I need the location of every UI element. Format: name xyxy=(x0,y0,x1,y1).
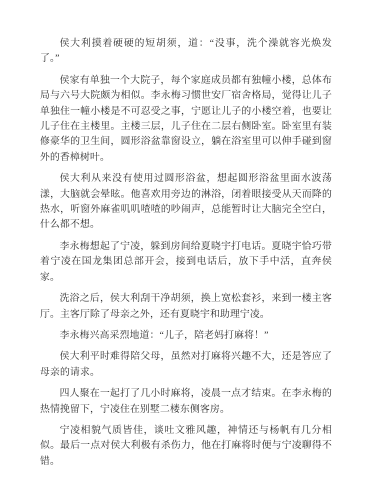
paragraph: 侯大利从来没有使用过圆形浴盆，想起圆形浴盆里面水波荡漾，大脑就会晕眩。他喜欢用旁… xyxy=(40,171,332,233)
paragraph: 洗浴之后，侯大利刮干净胡须，换上宽松套衫，来到一楼主客厅。主客厅除了母亲之外，还… xyxy=(40,291,332,322)
paragraph: 四人聚在一起打了几小时麻将，凌晨一点才结束。在李永梅的热情挽留下，宁凌住在别墅二… xyxy=(40,386,332,417)
paragraph: 侯家有单独一个大院子，每个家庭成员都有独幢小楼，总体布局与六号大院颇为相似。李永… xyxy=(40,73,332,165)
reader-page: 侯大利摸着硬硬的短胡须，道：“没事，洗个澡就容光焕发了。” 侯家有单独一个大院子… xyxy=(0,0,370,480)
paragraph: 宁凌相貌气质皆佳，谈吐文雅风趣，神情还与杨帆有几分相似。最后一点对侯大利极有杀伤… xyxy=(40,423,332,469)
paragraph: 李永梅兴高采烈地道：“儿子，陪老妈打麻将！” xyxy=(40,328,332,343)
paragraph: 侯大利平时难得陪父母，虽然对打麻将兴趣不大，还是答应了母亲的请求。 xyxy=(40,349,332,380)
paragraph: 李永梅想起了宁凌，躲到房间给夏晓宇打电话。夏晓宇恰巧带着宁凌在国龙集团总部开会，… xyxy=(40,239,332,285)
paragraph: 侯大利摸着硬硬的短胡须，道：“没事，洗个澡就容光焕发了。” xyxy=(40,36,332,67)
